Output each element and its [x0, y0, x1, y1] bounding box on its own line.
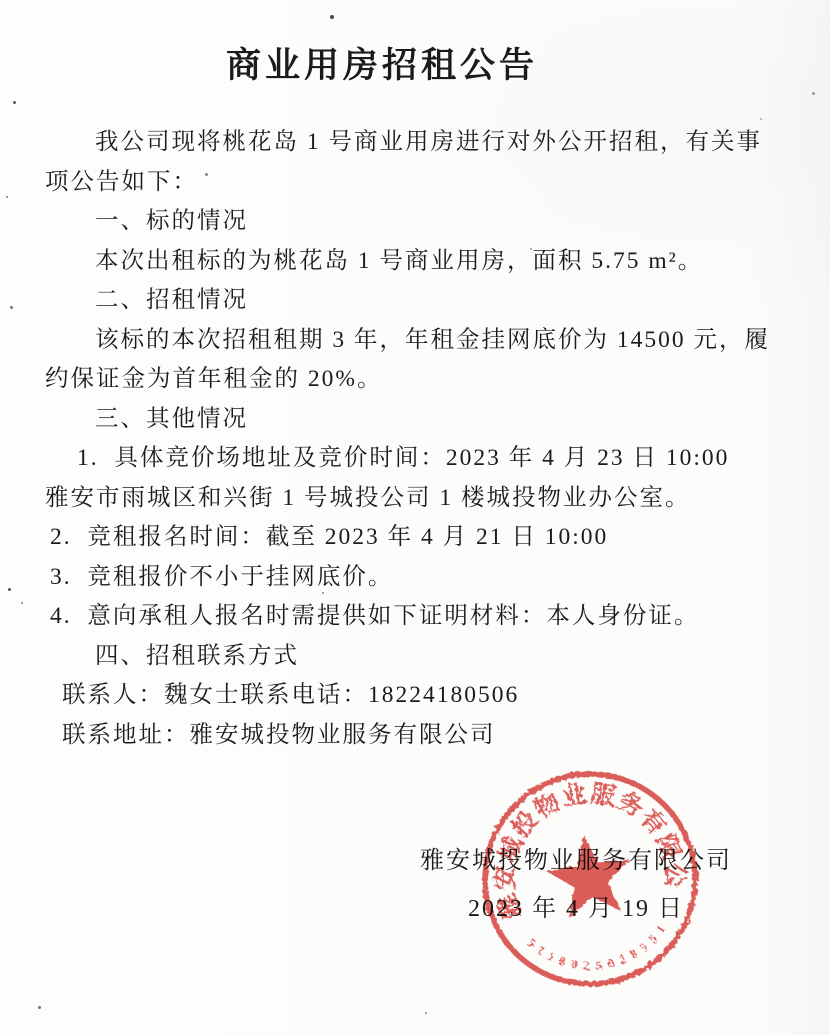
- scan-speck: [13, 101, 16, 104]
- seal-svg: 雅安城投物业服务有限公司 5118025028551: [462, 751, 717, 1006]
- list-item: 4. 意向承租人报名时需提供如下证明材料：本人身份证。: [30, 597, 810, 637]
- section-heading: 二、招租情况: [30, 281, 810, 321]
- scan-speck: [207, 226, 210, 229]
- list-item-wrap: 雅安市雨城区和兴街 1 号城投公司 1 楼城投物业办公室。: [30, 479, 810, 519]
- scan-speck: [6, 196, 8, 198]
- body-line: 该标的本次招租租期 3 年，年租金挂网底价为 14500 元，履: [30, 321, 810, 361]
- body-line: 我公司现将桃花岛 1 号商业用房进行对外公开招租，有关事: [30, 123, 810, 163]
- list-item: 2. 竞租报名时间：截至 2023 年 4 月 21 日 10:00: [30, 518, 810, 558]
- document-page: 商业用房招租公告 我公司现将桃花岛 1 号商业用房进行对外公开招租，有关事 项公…: [0, 0, 830, 1035]
- scan-speck: [812, 92, 815, 95]
- section-heading: 一、标的情况: [30, 202, 810, 242]
- scan-speck: [530, 248, 532, 250]
- contact-address-line: 联系地址：雅安城投物业服务有限公司: [30, 716, 810, 756]
- document-title: 商业用房招租公告: [0, 38, 797, 88]
- scan-speck: [10, 306, 13, 309]
- list-item: 1. 具体竞价场地址及竞价时间：2023 年 4 月 23 日 10:00: [30, 439, 810, 479]
- scan-speck: [38, 1006, 41, 1009]
- body-line: 约保证金为首年租金的 20%。: [30, 360, 810, 400]
- section-heading: 四、招租联系方式: [30, 637, 810, 677]
- scan-speck: [322, 592, 324, 594]
- scan-speck: [330, 15, 334, 19]
- scan-speck: [760, 118, 762, 120]
- scan-speck: [425, 1012, 427, 1014]
- company-seal-stamp: 雅安城投物业服务有限公司 5118025028551: [462, 751, 717, 1006]
- document-body: 我公司现将桃花岛 1 号商业用房进行对外公开招租，有关事 项公告如下： 一、标的…: [30, 123, 810, 755]
- list-item: 3. 竞租报价不小于挂网底价。: [30, 558, 810, 598]
- section-heading: 三、其他情况: [30, 400, 810, 440]
- contact-person-line: 联系人：魏女士联系电话：18224180506: [30, 676, 810, 716]
- seal-star-icon: [542, 829, 637, 920]
- body-line: 本次出租标的为桃花岛 1 号商业用房，面积 5.75 m²。: [30, 242, 810, 282]
- body-line: 项公告如下：: [30, 163, 810, 203]
- scan-speck: [205, 173, 208, 176]
- scan-speck: [8, 588, 11, 591]
- scan-speck: [21, 602, 23, 604]
